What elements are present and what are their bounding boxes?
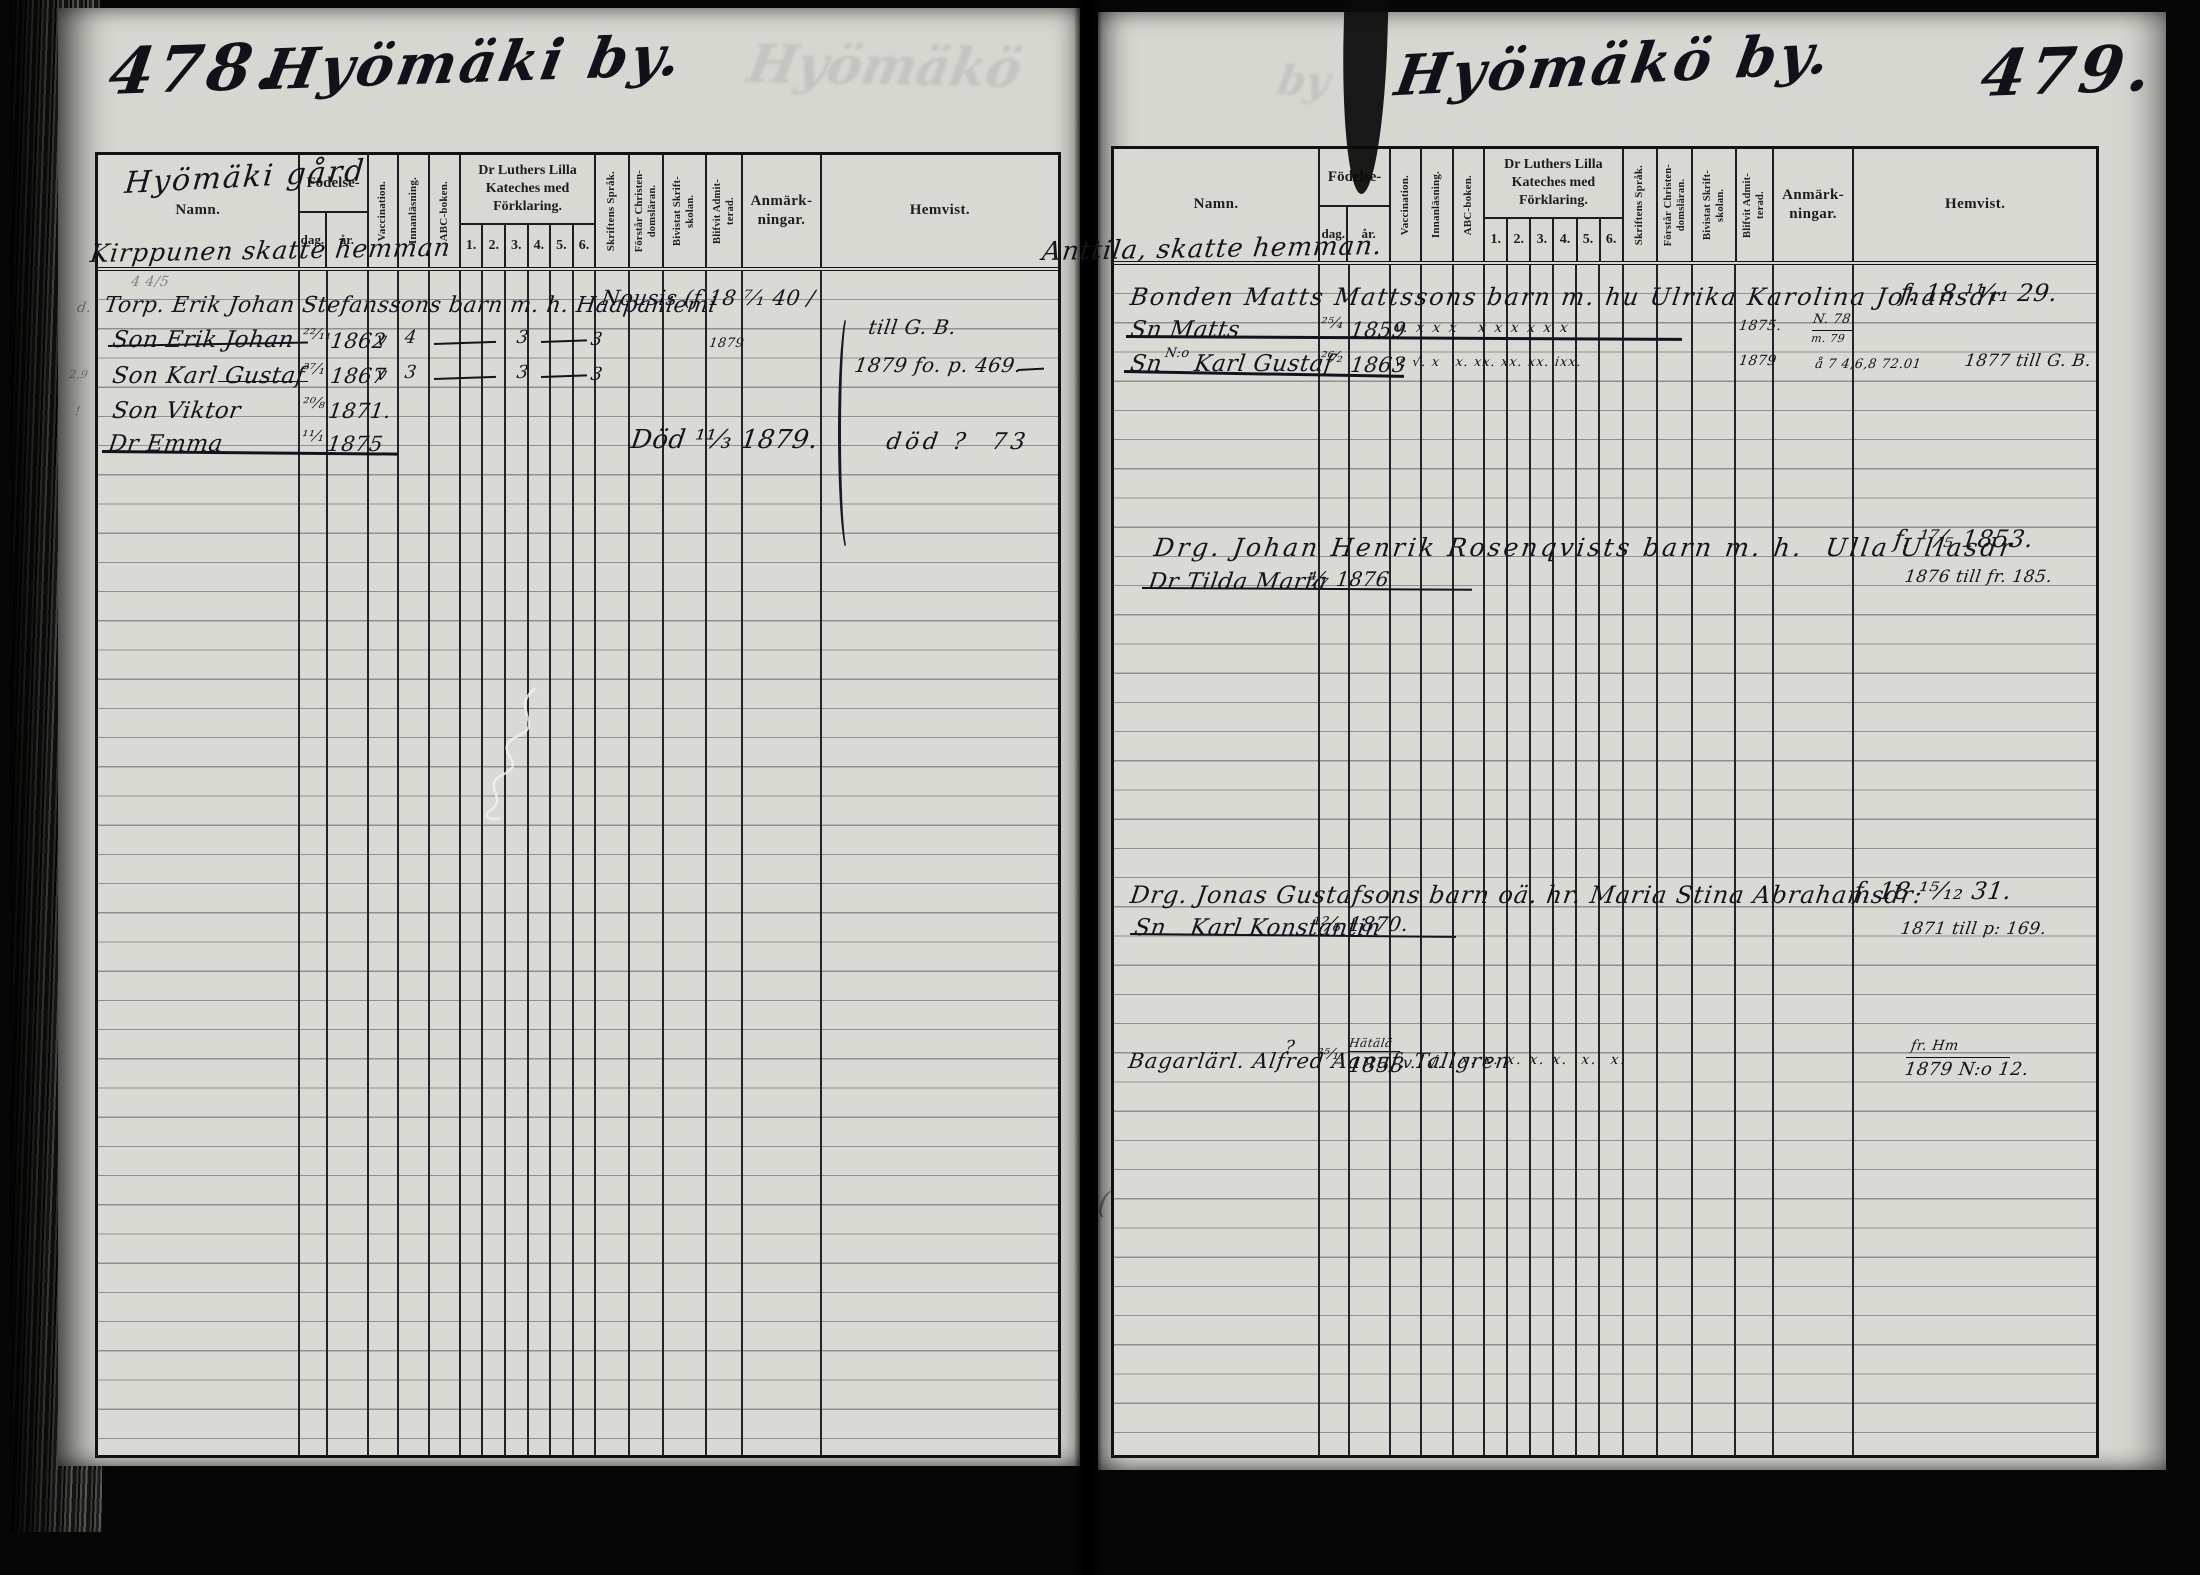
- column-anmarkningar: [1774, 265, 1855, 1455]
- column-forstar: [630, 271, 665, 1455]
- ink-bleed-ghost: Hyömäkö: [743, 34, 1027, 100]
- col-header-fodelse: Födelse- dag.år.: [300, 155, 369, 267]
- column-bivistat: [664, 271, 706, 1455]
- column-skriftens-sprak: [596, 271, 630, 1455]
- column-ar: [1350, 265, 1391, 1455]
- column-skriftens-sprak: [1624, 265, 1658, 1455]
- handwritten-entry: 2,9: [68, 369, 89, 380]
- column-innanlasning: [399, 271, 430, 1455]
- column-katekes-3: [506, 271, 529, 1455]
- column-dag: [1320, 265, 1349, 1455]
- handwritten-entry: d.: [76, 301, 92, 315]
- col-header-abc-boken: ABC-boken.: [430, 155, 461, 267]
- column-katekes-2: [1508, 265, 1531, 1455]
- page-title: Hyömäkö by.: [1391, 21, 1838, 110]
- scratch-artifact: [448, 680, 558, 825]
- column-hemvist: [1854, 265, 2096, 1455]
- col-header-katekes: Dr Luthers Lilla Kateches med Förklaring…: [461, 155, 596, 267]
- col-header-anmarkningar: Anmärk- ningar.: [743, 155, 822, 267]
- column-ar: [328, 271, 368, 1455]
- column-forstar: [1658, 265, 1693, 1455]
- col-header-vaccination: Vaccination.: [1391, 149, 1422, 261]
- col-header-bivistat-skriftskolan: Bivistat Skrift- skolan.: [1693, 149, 1736, 261]
- column-katekes-3: [1531, 265, 1554, 1455]
- column-vaccination: [369, 271, 400, 1455]
- col-header-namn: Namn.: [98, 155, 300, 267]
- col-header-innanlasning: Innanläsning.: [1422, 149, 1453, 261]
- table-grid: [98, 271, 1058, 1455]
- left-page: 478. Hyömäki by. Hyömäkö Namn. Födelse- …: [58, 8, 1080, 1466]
- right-page: Hyömäkö by. 479. by Namn. Födelse- dag.å…: [1098, 12, 2166, 1470]
- column-abc-boken: [430, 271, 461, 1455]
- column-katekes-4: [1554, 265, 1577, 1455]
- col-header-abc-boken: ABC-boken.: [1454, 149, 1485, 261]
- page-number: 479.: [1976, 31, 2159, 112]
- table-header: Namn. Födelse- dag.år. Vaccination. Inna…: [1114, 149, 2096, 265]
- column-dag: [300, 271, 329, 1455]
- table-grid: [1114, 265, 2096, 1455]
- handwritten-entry: !: [74, 405, 81, 417]
- page-title: Hyömäki by.: [259, 23, 689, 103]
- col-header-hemvist: Hemvist.: [1854, 149, 2096, 261]
- column-katekes-1: [461, 271, 484, 1455]
- record-table-left: Namn. Födelse- dag.år. Vaccination. Inna…: [95, 152, 1061, 1458]
- column-namn: [98, 271, 300, 1455]
- column-katekes-1: [1485, 265, 1508, 1455]
- column-blifvit: [1736, 265, 1773, 1455]
- column-vaccination: [1391, 265, 1422, 1455]
- table-header: Namn. Födelse- dag.år. Vaccination. Inna…: [98, 155, 1058, 271]
- column-blifvit: [707, 271, 743, 1455]
- column-anmarkningar: [743, 271, 822, 1455]
- column-katekes-5: [551, 271, 574, 1455]
- column-katekes-5: [1577, 265, 1600, 1455]
- column-bivistat: [1693, 265, 1736, 1455]
- scanned-register-spread: 478. Hyömäki by. Hyömäkö Namn. Födelse- …: [0, 0, 2200, 1575]
- col-header-anmarkningar: Anmärk- ningar.: [1774, 149, 1855, 261]
- record-table-right: Namn. Födelse- dag.år. Vaccination. Inna…: [1111, 146, 2099, 1458]
- col-header-vaccination: Vaccination.: [369, 155, 400, 267]
- column-innanlasning: [1422, 265, 1453, 1455]
- col-header-namn: Namn.: [1114, 149, 1320, 261]
- column-katekes-2: [483, 271, 506, 1455]
- column-abc-boken: [1454, 265, 1485, 1455]
- book-gutter: [1074, 0, 1102, 1575]
- col-header-hemvist: Hemvist.: [822, 155, 1058, 267]
- ink-bleed-ghost: by: [1274, 58, 1334, 106]
- col-header-blifvit-admitterad: Blifvit Admit- terad.: [707, 155, 743, 267]
- col-header-bivistat-skriftskolan: Bivistat Skrift- skolan.: [664, 155, 706, 267]
- col-header-forstar-christendomslaran: Förstår Christen- domsläran.: [1658, 149, 1693, 261]
- column-katekes-6: [574, 271, 597, 1455]
- col-header-skriftens-sprak: Skriftens Språk.: [1624, 149, 1658, 261]
- col-header-innanlasning: Innanläsning.: [399, 155, 430, 267]
- column-katekes-4: [529, 271, 552, 1455]
- col-header-forstar-christendomslaran: Förstår Christen- domsläran.: [630, 155, 665, 267]
- col-header-skriftens-sprak: Skriftens Språk.: [596, 155, 630, 267]
- col-header-katekes: Dr Luthers Lilla Kateches med Förklaring…: [1485, 149, 1623, 261]
- col-header-blifvit-admitterad: Blifvit Admit- terad.: [1737, 149, 1774, 261]
- column-hemvist: [822, 271, 1058, 1455]
- column-namn: [1114, 265, 1320, 1455]
- column-katekes-6: [1600, 265, 1623, 1455]
